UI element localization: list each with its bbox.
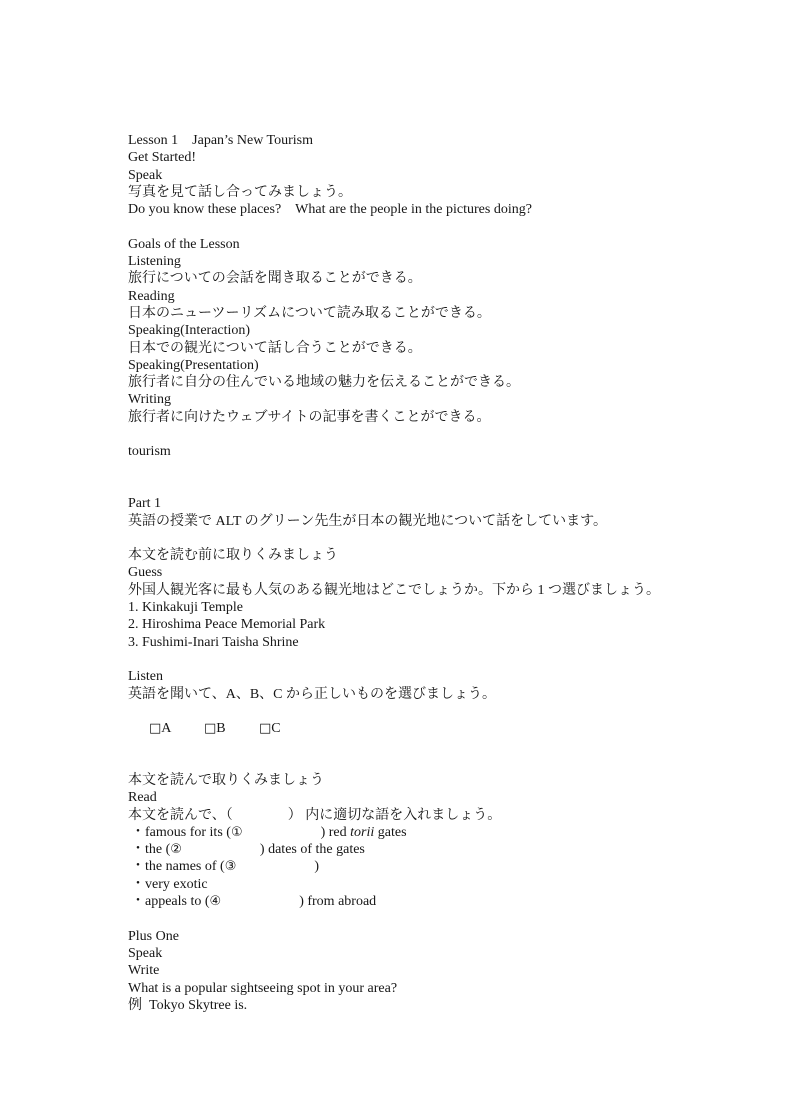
- reading-heading-jp: 本文を読んで取りくみましょう: [128, 772, 728, 789]
- goal-skill-speaking-interaction: Speaking(Interaction): [128, 322, 728, 339]
- listen-choice-c-label: C: [271, 721, 280, 736]
- circled-number-4-icon: ④: [210, 894, 222, 909]
- get-started-question-en: Do you know these places? What are the p…: [128, 201, 728, 218]
- read-note-5: ・appeals to (④) from abroad: [128, 893, 728, 910]
- guess-option-3: 3. Fushimi-Inari Taisha Shrine: [128, 634, 728, 651]
- answer-blank: [233, 818, 288, 819]
- goal-skill-reading: Reading: [128, 288, 728, 305]
- listen-choice-b-label: B: [216, 721, 225, 736]
- answer-blank: [236, 869, 314, 870]
- read-label: Read: [128, 789, 728, 806]
- listen-choice-a: □A: [149, 720, 204, 737]
- worksheet-page: Lesson 1 Japan’s New Tourism Get Started…: [0, 0, 790, 1117]
- lesson-title: Lesson 1 Japan’s New Tourism: [128, 132, 728, 149]
- goal-cando-speaking-interaction: 日本での観光について話し合うことができる。: [128, 340, 728, 357]
- read-instruction-post: ） 内に適切な語を入れましょう。: [288, 808, 502, 823]
- listen-choice-b: □B: [204, 720, 259, 737]
- goals-heading: Goals of the Lesson: [128, 236, 728, 253]
- note-text: ・very exotic: [131, 877, 208, 892]
- before-reading-heading-jp: 本文を読む前に取りくみましょう: [128, 547, 728, 564]
- guess-option-1: 1. Kinkakuji Temple: [128, 599, 728, 616]
- circled-number-2-icon: ②: [170, 842, 182, 857]
- checkbox-icon: □: [204, 721, 216, 736]
- circled-number-1-icon: ①: [231, 825, 243, 840]
- answer-blank: [182, 852, 260, 853]
- plus-one-write-label: Write: [128, 962, 728, 979]
- plus-one-heading: Plus One: [128, 928, 728, 945]
- note-text: gates: [374, 825, 406, 840]
- read-note-4: ・very exotic: [128, 876, 728, 893]
- get-started-heading: Get Started!: [128, 149, 728, 166]
- goal-skill-writing: Writing: [128, 391, 728, 408]
- goal-cando-speaking-presentation: 旅行者に自分の住んでいる地域の魅力を伝えることができる。: [128, 374, 728, 391]
- listen-choice-c: □C: [259, 720, 314, 737]
- listen-answer-choices: □A□B□C: [128, 703, 728, 755]
- guess-question-jp: 外国人観光客に最も人気のある観光地はどこでしょうか。下から 1 つ選びましょう。: [128, 582, 728, 599]
- answer-blank: [243, 835, 321, 836]
- get-started-speak-label: Speak: [128, 167, 728, 184]
- listen-instruction-jp: 英語を聞いて、A、B、C から正しいものを選びましょう。: [128, 686, 728, 703]
- part1-heading: Part 1: [128, 495, 728, 512]
- note-text: ・the names of (: [131, 859, 225, 874]
- note-text: ・appeals to (: [131, 894, 210, 909]
- answer-blank: [221, 904, 299, 905]
- note-text: ) from abroad: [299, 894, 376, 909]
- plus-one-speak-label: Speak: [128, 945, 728, 962]
- circled-number-3-icon: ③: [225, 859, 237, 874]
- note-italic-term: torii: [350, 825, 374, 840]
- goal-cando-reading: 日本のニューツーリズムについて読み取ることができる。: [128, 305, 728, 322]
- blank-line: [128, 461, 728, 478]
- blank-line: [128, 910, 728, 927]
- note-text: ・famous for its (: [131, 825, 231, 840]
- listen-choice-a-label: A: [161, 721, 171, 736]
- note-text: ・the (: [131, 842, 170, 857]
- get-started-instruction-jp: 写真を見て話し合ってみましょう。: [128, 184, 728, 201]
- read-instruction-jp: 本文を読んで、（） 内に適切な語を入れましょう。: [128, 807, 728, 824]
- read-note-1: ・famous for its (①) red torii gates: [128, 824, 728, 841]
- plus-one-example: 例 Tokyo Skytree is.: [128, 997, 728, 1014]
- blank-line: [128, 478, 728, 495]
- plus-one-question-en: What is a popular sightseeing spot in yo…: [128, 980, 728, 997]
- blank-line: [128, 530, 728, 547]
- blank-line: [128, 651, 728, 668]
- part1-intro-jp: 英語の授業で ALT のグリーン先生が日本の観光地について話をしています。: [128, 513, 728, 530]
- goal-skill-listening: Listening: [128, 253, 728, 270]
- goal-skill-speaking-presentation: Speaking(Presentation): [128, 357, 728, 374]
- listen-label: Listen: [128, 668, 728, 685]
- read-note-2: ・the (②) dates of the gates: [128, 841, 728, 858]
- note-text: ) dates of the gates: [260, 842, 365, 857]
- note-text: ) red: [321, 825, 351, 840]
- guess-option-2: 2. Hiroshima Peace Memorial Park: [128, 616, 728, 633]
- blank-line: [128, 755, 728, 772]
- blank-line: [128, 218, 728, 235]
- checkbox-icon: □: [149, 721, 161, 736]
- read-note-3: ・the names of (③): [128, 858, 728, 875]
- keyword-tourism: tourism: [128, 443, 728, 460]
- goal-cando-listening: 旅行についての会話を聞き取ることができる。: [128, 270, 728, 287]
- checkbox-icon: □: [259, 721, 271, 736]
- worksheet-text-block: Lesson 1 Japan’s New Tourism Get Started…: [128, 132, 728, 1014]
- read-instruction-pre: 本文を読んで、（: [128, 808, 233, 823]
- blank-line: [128, 426, 728, 443]
- goal-cando-writing: 旅行者に向けたウェブサイトの記事を書くことができる。: [128, 409, 728, 426]
- note-text: ): [314, 859, 319, 874]
- guess-label: Guess: [128, 564, 728, 581]
